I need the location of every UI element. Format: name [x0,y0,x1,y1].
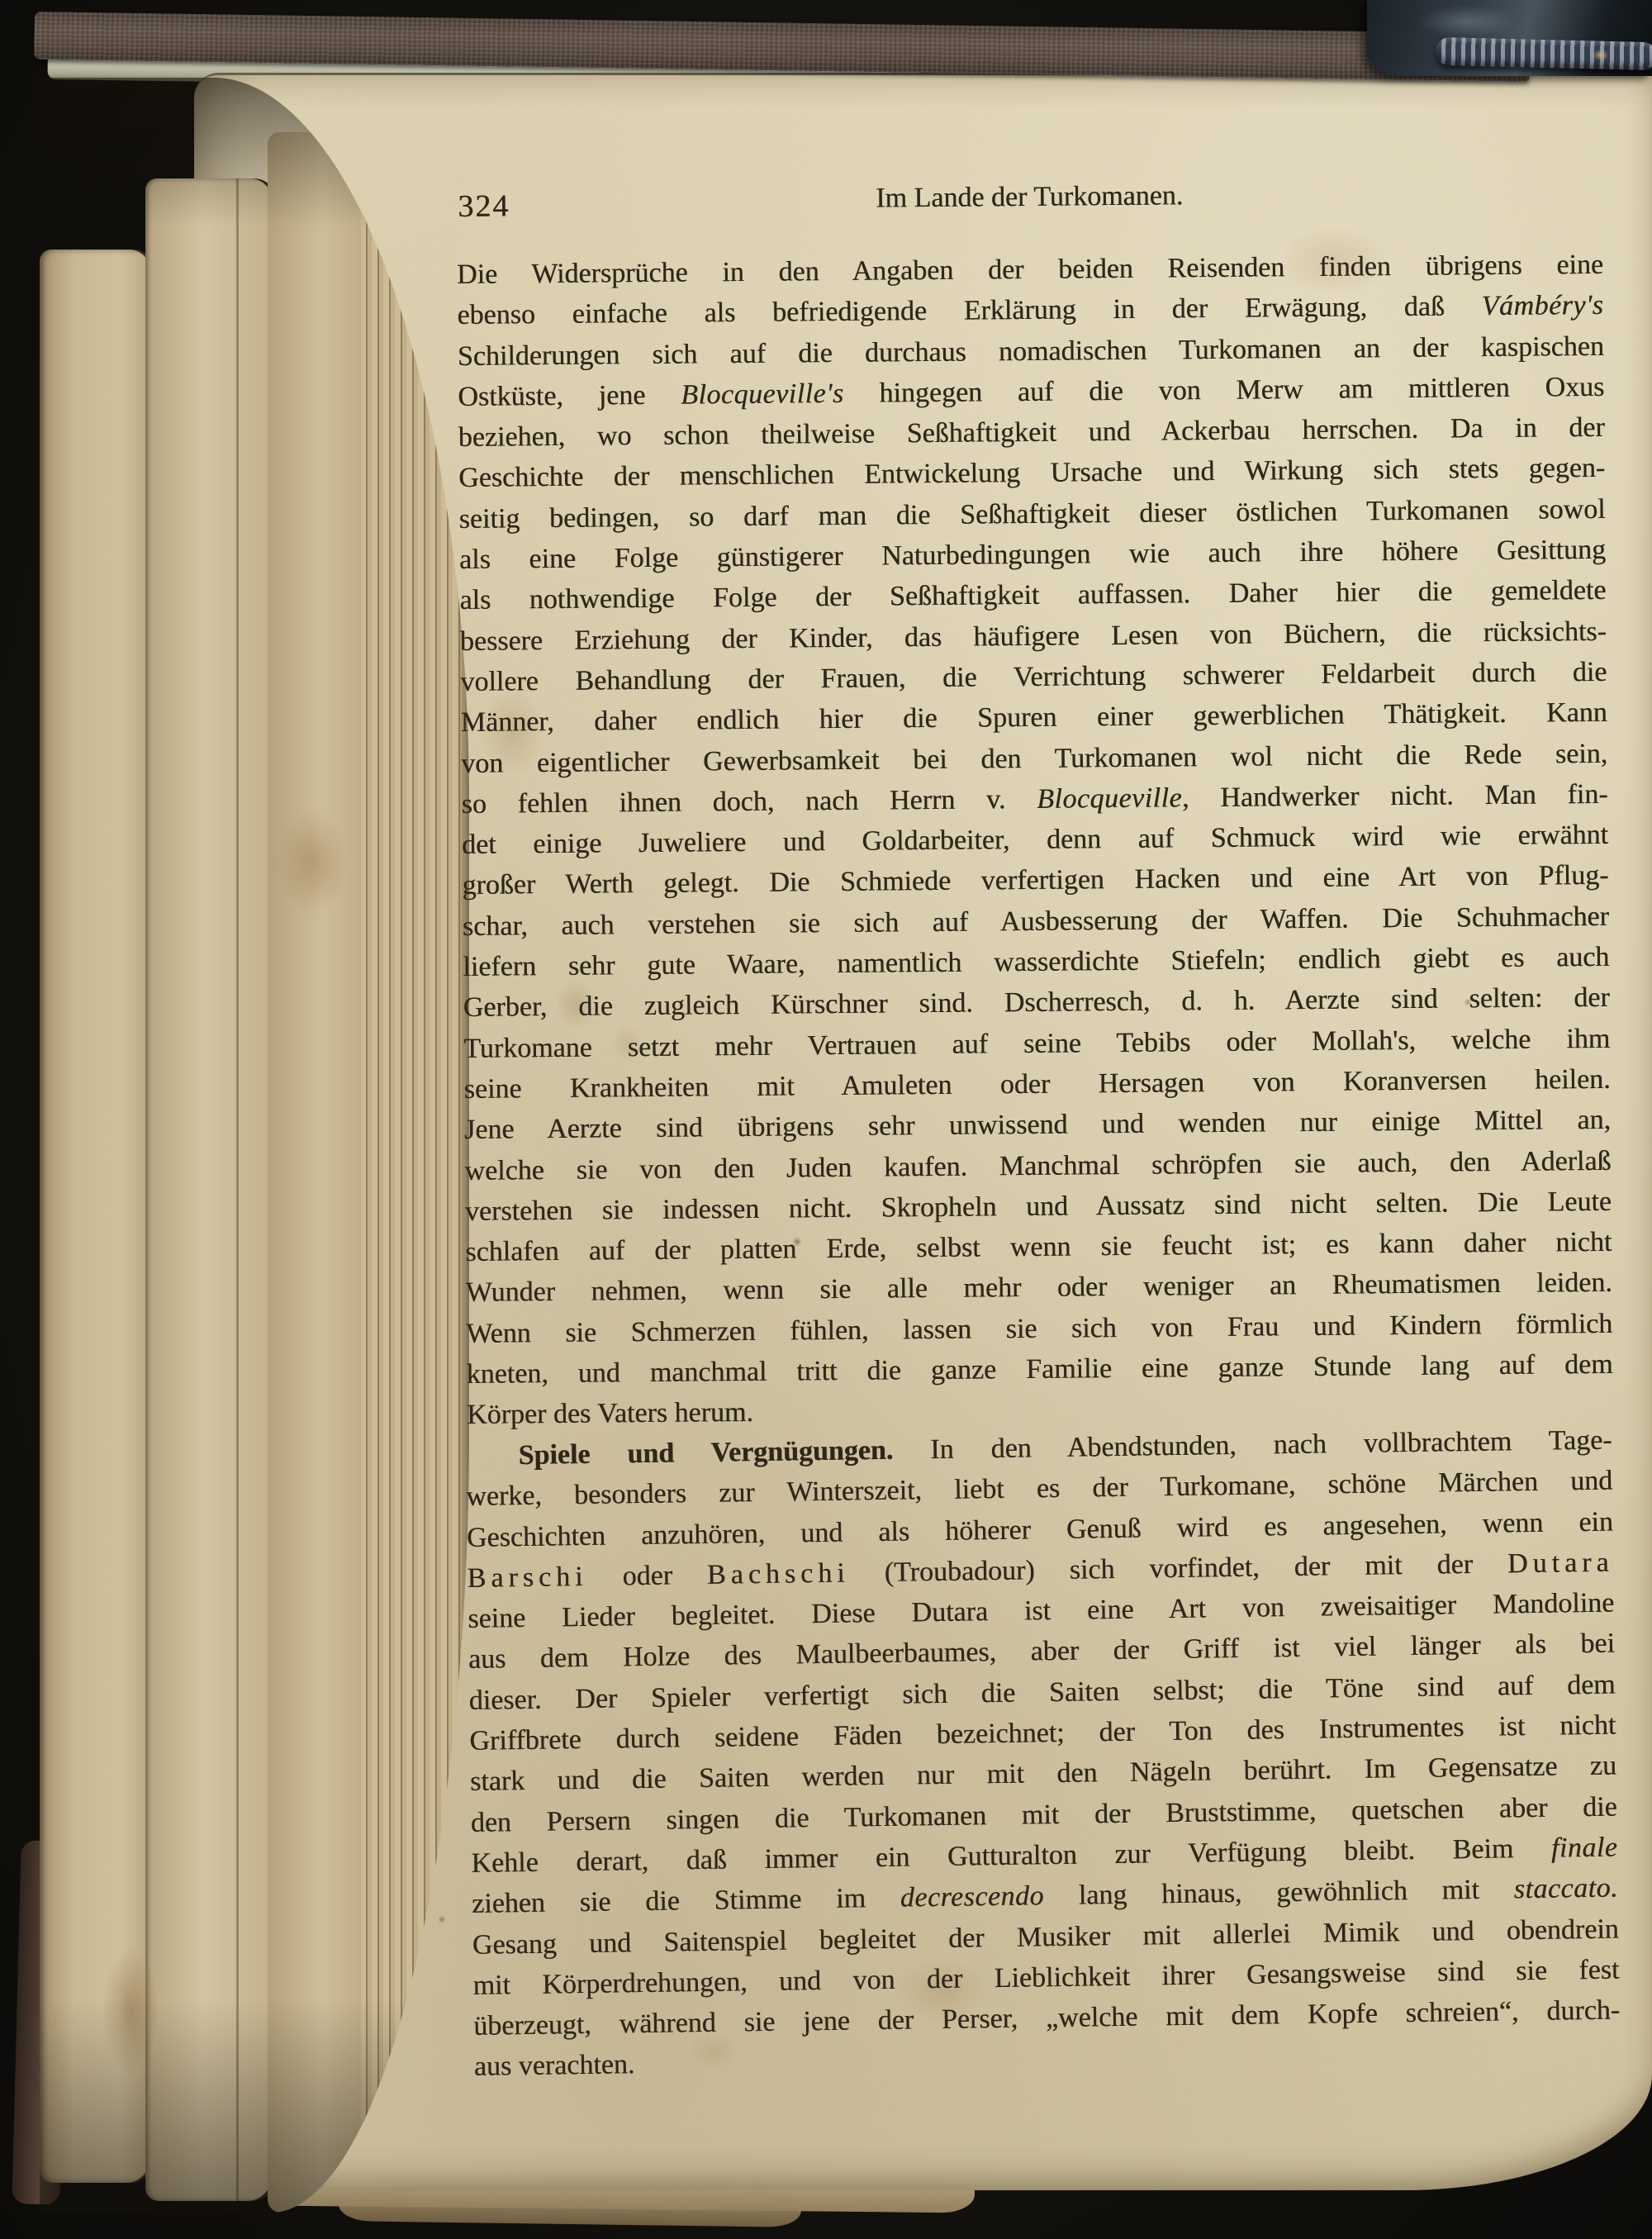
text-segment: schar, auch verstehen sie sich auf Ausbe… [463,901,1609,942]
text-segment: kneten, und manchmal tritt die ganze Fam… [467,1349,1613,1390]
text-segment: Turkomane setzt mehr Vertrauen auf seine… [463,1023,1610,1063]
text-segment: oder [587,1559,707,1591]
text-segment: seitig bedingen, so darf man die Seßhaft… [458,494,1605,535]
text-segment: Ostküste, jene [458,380,681,412]
text-segment: von eigentlicher Gewerbsamkeit bei den T… [461,738,1607,778]
text-segment: decrescendo [900,1880,1045,1913]
scanned-book-photo: 324 Im Lande der Turkomanen. Die Widersp… [0,0,1652,2239]
spine-headband [1436,37,1652,71]
text-segment: seine Krankheiten mit Amuleten oder Hers… [463,1064,1610,1105]
text-segment: bessere Erziehung der Kinder, das häufig… [460,616,1607,657]
text-segment: vollere Behandlung der Frauen, die Verri… [460,657,1607,697]
leather-sheen [1417,5,1516,38]
bold-lead-text: Spiele und Vergnügungen. [518,1434,893,1470]
text-segment: Wunder nehmen, wenn sie alle mehr oder w… [466,1267,1612,1308]
paragraph: Spiele und Vergnügungen. In den Abendstu… [465,1419,1621,2087]
text-segment: Schilderungen sich auf die durchaus noma… [458,330,1604,371]
body-text: Die Widersprüche in den Angaben der beid… [457,245,1619,2087]
text-segment: als nothwendige Folge der Seßhaftigkeit … [459,575,1606,616]
text-segment: welche sie von den Juden kaufen. Manchma… [464,1145,1611,1186]
text-segment: finale [1551,1832,1618,1863]
text-segment: ziehen sie die Stimme im [472,1883,900,1919]
text-segment: Barschi [467,1561,587,1593]
text-segment: Körper des Vaters herum. [467,1397,753,1430]
text-segment: ebenso einfache als befriedigende Erklär… [457,291,1482,330]
text-segment: Die Widersprüche in den Angaben der beid… [457,250,1603,290]
text-segment: aus verachten. [474,2049,635,2082]
text-segment: Bachschi [707,1557,850,1590]
text-segment: lang hinaus, gewöhnlich mit [1044,1874,1514,1911]
text-segment: Blocqueville's [681,378,844,411]
text-segment: Wenn sie Schmerzen fühlen, lassen sie si… [466,1309,1612,1349]
paragraph: Die Widersprüche in den Angaben der beid… [457,245,1613,1436]
page-edge-layer [268,132,367,2213]
page-edge-layer [145,178,276,2201]
text-segment: Gerber, die zugleich Kürschner sind. Dsc… [463,982,1610,1023]
text-segment: Blocqueville [1037,782,1182,815]
text-segment: großer Werth gelegt. Die Schmiede verfer… [462,860,1608,901]
page-edge-layer [40,250,154,2183]
text-segment: In den Abendstunden, nach vollbrachtem T… [893,1424,1612,1465]
text-segment: det einige Juweliere und Goldarbeiter, d… [462,820,1608,860]
page-text-block: 324 Im Lande der Turkomanen. Die Widersp… [456,165,1619,2087]
text-segment: Jene Aerzte sind übrigens sehr unwissend… [464,1105,1611,1145]
text-segment: so fehlen ihnen doch, nach Herrn v. [461,784,1037,820]
text-segment: beziehen, wo schon theilweise Seßhaftigk… [458,412,1605,453]
page-edge-layer [360,106,469,2213]
text-segment: , Handwerker nicht. Man fin- [1182,779,1608,813]
text-segment: Geschichte der menschlichen Entwickelung… [458,453,1605,493]
text-segment: staccato. [1513,1872,1618,1904]
text-segment: Männer, daher endlich hier die Spuren ei… [461,697,1607,738]
text-segment: schlafen auf der platten Erde, selbst we… [465,1227,1612,1267]
text-segment: Vámbéry's [1482,290,1604,321]
page-header: 324 Im Lande der Turkomanen. [456,165,1602,218]
text-segment: (Troubadour) sich vorfindet, der mit der [849,1548,1507,1588]
text-segment: hingegen auf die von Merw am mittleren O… [843,372,1604,409]
page-edges-stack [40,78,469,2213]
text-segment: verstehen sie indessen nicht. Skropheln … [465,1186,1612,1227]
running-title: Im Lande der Turkomanen. [456,177,1602,218]
text-segment: als eine Folge günstigerer Naturbedingun… [459,535,1606,575]
text-segment: Dutara [1507,1547,1614,1579]
text-segment: liefern sehr gute Waare, namentlich wass… [463,942,1609,982]
